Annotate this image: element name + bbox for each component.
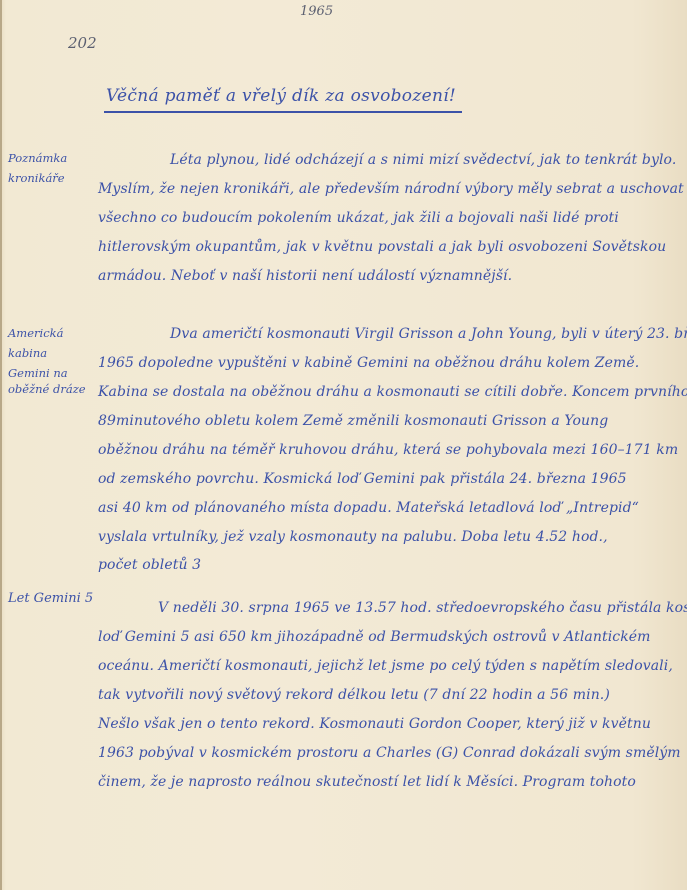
margin-note-line: Let Gemini 5 — [8, 589, 98, 609]
year-header: 1965 — [300, 4, 333, 19]
body-line: 89minutového obletu kolem Země změnili k… — [98, 413, 608, 429]
body-line: loď Gemini 5 asi 650 km jihozápadně od B… — [98, 629, 651, 645]
page-number: 202 — [68, 34, 97, 52]
body-line: asi 40 km od plánovaného místa dopadu. M… — [98, 500, 639, 516]
margin-note-gemini-orbit: Americká kabina Gemini na oběžné dráze — [8, 323, 98, 399]
margin-note-line: Americká kabina — [8, 323, 98, 363]
body-line: armádou. Neboť v naší historii není udál… — [98, 268, 512, 284]
body-line: od zemského povrchu. Kosmická loď Gemini… — [98, 471, 627, 487]
margin-note-gemini-5: Let Gemini 5 — [8, 589, 98, 609]
body-line: tak vytvořili nový světový rekord délkou… — [98, 687, 610, 703]
title-underline — [104, 111, 462, 113]
body-line: oceánu. Američtí kosmonauti, jejichž let… — [98, 658, 673, 674]
page-title: Věčná paměť a vřelý dík za osvobození! — [106, 86, 456, 106]
body-line: Nešlo však jen o tento rekord. Kosmonaut… — [98, 716, 651, 732]
body-line: oběžnou dráhu na téměř kruhovou dráhu, k… — [98, 442, 678, 458]
body-line: hitlerovským okupantům, jak v květnu pov… — [98, 239, 666, 255]
body-line: 1963 pobýval v kosmickém prostoru a Char… — [98, 745, 681, 761]
body-line: V neděli 30. srpna 1965 ve 13.57 hod. st… — [158, 600, 687, 616]
body-line: Kabina se dostala na oběžnou dráhu a kos… — [98, 384, 687, 400]
body-line: 1965 dopoledne vypuštěni v kabině Gemini… — [98, 355, 639, 371]
body-line: činem, že je naprosto reálnou skutečnost… — [98, 774, 636, 790]
margin-note-line: kronikáře — [8, 168, 98, 188]
margin-note-line: oběžné dráze — [8, 379, 98, 399]
body-line: Myslím, že nejen kronikáři, ale předevší… — [98, 181, 684, 197]
margin-note-chronicler: Poznámka kronikáře — [8, 148, 98, 188]
body-line: vyslala vrtulníky, jež vzaly kosmonauty … — [98, 529, 608, 545]
body-line: Léta plynou, lidé odcházejí a s nimi miz… — [170, 152, 676, 168]
manuscript-page: 1965 202 Věčná paměť a vřelý dík za osvo… — [0, 0, 687, 890]
body-line: počet obletů 3 — [98, 557, 201, 573]
body-line: Dva američtí kosmonauti Virgil Grisson a… — [170, 326, 687, 342]
margin-note-line: Poznámka — [8, 148, 98, 168]
body-line: všechno co budoucím pokolením ukázat, ja… — [98, 210, 619, 226]
